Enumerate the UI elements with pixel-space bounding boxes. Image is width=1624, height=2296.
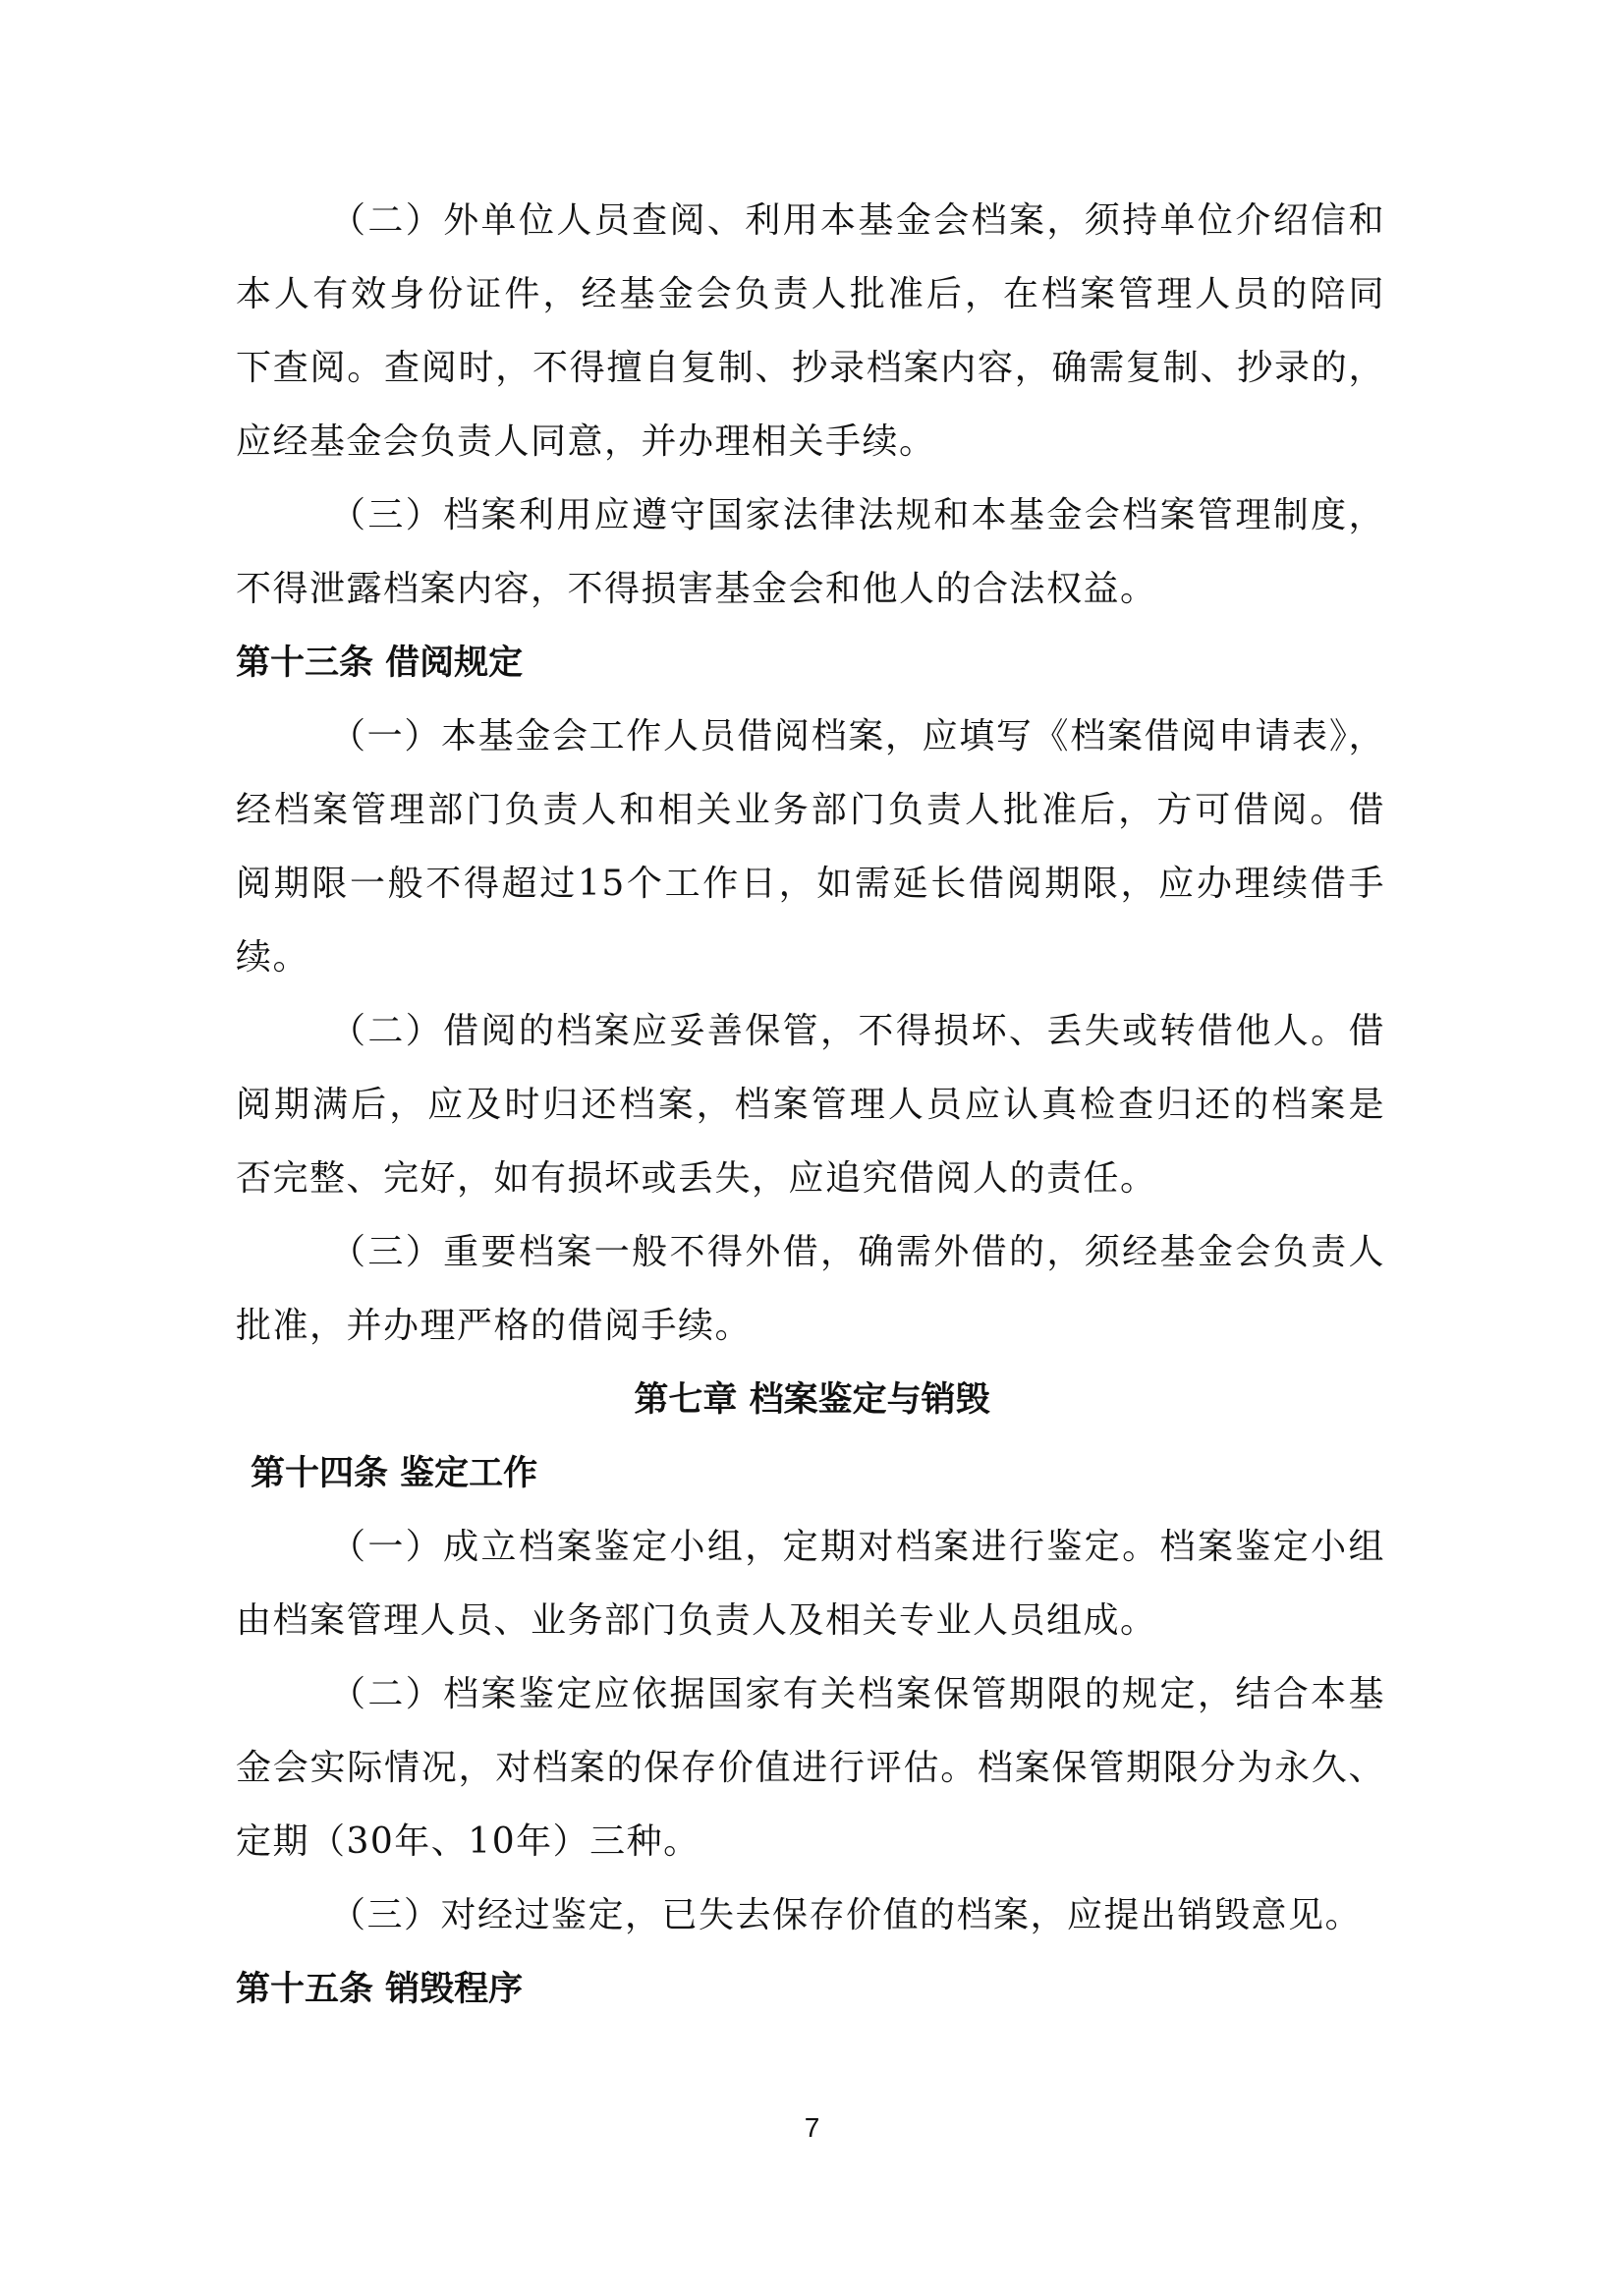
paragraph-line: 阅期满后，应及时归还档案，档案管理人员应认真检查归还的档案是: [236, 1076, 1385, 1135]
paragraph-line: 由档案管理人员、业务部门负责人及相关专业人员组成。: [236, 1592, 1385, 1651]
paragraph-line: 本人有效身份证件，经基金会负责人批准后，在档案管理人员的陪同: [236, 265, 1385, 324]
paragraph-line: （三）重要档案一般不得外借，确需外借的，须经基金会负责人: [330, 1223, 1385, 1282]
article-heading: 第十五条 销毁程序: [236, 1960, 1385, 2019]
paragraph-line: 下查阅。查阅时，不得擅自复制、抄录档案内容，确需复制、抄录的，: [236, 339, 1385, 398]
article-heading: 第十三条 借阅规定: [236, 634, 1385, 693]
paragraph-line: 否完整、完好，如有损坏或丢失，应追究借阅人的责任。: [236, 1149, 1385, 1208]
paragraph-line: 续。: [236, 928, 1385, 987]
paragraph-line: （二）外单位人员查阅、利用本基金会档案，须持单位介绍信和: [330, 192, 1385, 251]
chapter-heading: 第七章 档案鉴定与销毁: [0, 1371, 1624, 1429]
document-page: （二）外单位人员查阅、利用本基金会档案，须持单位介绍信和 本人有效身份证件，经基…: [0, 0, 1624, 2296]
paragraph-line: （二）借阅的档案应妥善保管，不得损坏、丢失或转借他人。借: [330, 1002, 1385, 1061]
paragraph-line: 不得泄露档案内容，不得损害基金会和他人的合法权益。: [236, 560, 1385, 619]
paragraph-line: （三）档案利用应遵守国家法律法规和本基金会档案管理制度，: [330, 486, 1385, 545]
paragraph-line: （二）档案鉴定应依据国家有关档案保管期限的规定，结合本基: [330, 1665, 1385, 1724]
paragraph-line: 经档案管理部门负责人和相关业务部门负责人批准后，方可借阅。借: [236, 781, 1385, 840]
paragraph-line: （一）本基金会工作人员借阅档案，应填写《档案借阅申请表》，: [330, 707, 1385, 766]
paragraph-line: 阅期限一般不得超过15个工作日，如需延长借阅期限，应办理续借手: [236, 855, 1385, 914]
article-heading: 第十四条 鉴定工作: [251, 1444, 1400, 1503]
paragraph-line: 批准，并办理严格的借阅手续。: [236, 1297, 1385, 1356]
page-number: 7: [0, 2112, 1624, 2144]
paragraph-line: 应经基金会负责人同意，并办理相关手续。: [236, 413, 1385, 472]
paragraph-line: 金会实际情况，对档案的保存价值进行评估。档案保管期限分为永久、: [236, 1739, 1385, 1798]
paragraph-line: 定期（30年、10年）三种。: [236, 1813, 1385, 1872]
paragraph-line: （一）成立档案鉴定小组，定期对档案进行鉴定。档案鉴定小组: [330, 1518, 1385, 1577]
paragraph-line: （三）对经过鉴定，已失去保存价值的档案，应提出销毁意见。: [330, 1886, 1385, 1945]
